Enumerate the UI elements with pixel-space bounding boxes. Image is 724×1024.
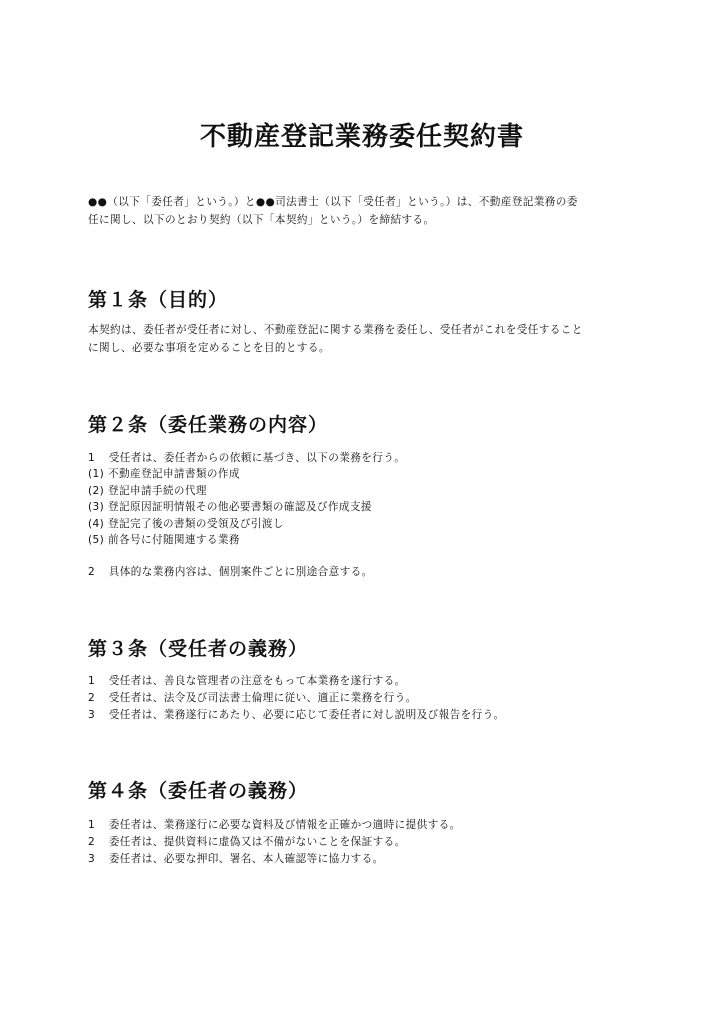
clause-text: 受任者は、委任者からの依頼に基づき、以下の業務を行う。	[109, 452, 405, 464]
clause-number: 3	[88, 707, 105, 724]
list-item: (5) 前各号に付随関連する業務	[88, 532, 643, 548]
clause: 1 受任者は、委任者からの依頼に基づき、以下の業務を行う。	[88, 450, 643, 466]
clause-text: 具体的な業務内容は、個別案件ごとに別途合意する。	[109, 566, 373, 578]
clause-text: 受任者は、法令及び司法書士倫理に従い、適正に業務を行う。	[109, 692, 417, 704]
clause: 2 委任者は、提供資料に虚偽又は不備がないことを保証する。	[88, 834, 643, 851]
clause-number: 2	[88, 834, 105, 851]
clause-text: 受任者は、善良な管理者の注意をもって本業務を遂行する。	[109, 675, 406, 687]
list-item: (3) 登記原因証明情報その他必要書類の確認及び作成支援	[88, 499, 643, 515]
article-3-body: 1 受任者は、善良な管理者の注意をもって本業務を遂行する。 2 受任者は、法令及…	[88, 673, 643, 724]
article-4-body: 1 委任者は、業務遂行に必要な資料及び情報を正確かつ適時に提供する。 2 委任者…	[88, 817, 643, 868]
article-1-heading: 第１条（目的）	[88, 285, 228, 312]
clause-text: 委任者は、提供資料に虚偽又は不備がないことを保証する。	[109, 836, 406, 848]
article-3-heading: 第３条（受任者の義務）	[88, 634, 308, 661]
clause-number: 2	[88, 690, 105, 707]
clause-text: 委任者は、必要な押印、署名、本人確認等に協力する。	[109, 853, 384, 865]
article-1-line: 本契約は、委任者が受任者に対し、不動産登記に関する業務を委任し、受任者がこれを受…	[88, 321, 643, 339]
clause: 3 委任者は、必要な押印、署名、本人確認等に協力する。	[88, 851, 643, 868]
clause: 2 受任者は、法令及び司法書士倫理に従い、適正に業務を行う。	[88, 690, 643, 707]
article-1-line: に関し、必要な事項を定めることを目的とする。	[88, 339, 643, 357]
preamble: ●●（以下「委任者」という。）と●●司法書士（以下「受任者」という。）は、不動産…	[88, 193, 643, 229]
clause: 2 具体的な業務内容は、個別案件ごとに別途合意する。	[88, 564, 643, 580]
clause: 3 受任者は、業務遂行にあたり、必要に応じて委任者に対し説明及び報告を行う。	[88, 707, 643, 724]
article-2-heading: 第２条（委任業務の内容）	[88, 410, 328, 437]
clause-text: 受任者は、業務遂行にあたり、必要に応じて委任者に対し説明及び報告を行う。	[109, 709, 505, 721]
clause-text: 委任者は、業務遂行に必要な資料及び情報を正確かつ適時に提供する。	[109, 819, 461, 831]
clause-number: 1	[88, 817, 105, 834]
preamble-line: ●●（以下「委任者」という。）と●●司法書士（以下「受任者」という。）は、不動産…	[88, 193, 643, 211]
list-item: (2) 登記申請手続の代理	[88, 483, 643, 499]
article-4-heading: 第４条（委任者の義務）	[88, 776, 308, 803]
article-2-body: 1 受任者は、委任者からの依頼に基づき、以下の業務を行う。 (1) 不動産登記申…	[88, 450, 643, 581]
clause-number: 2	[88, 564, 105, 580]
article-1-body: 本契約は、委任者が受任者に対し、不動産登記に関する業務を委任し、受任者がこれを受…	[88, 321, 643, 357]
list-item: (1) 不動産登記申請書類の作成	[88, 466, 643, 482]
list-item: (4) 登記完了後の書類の受領及び引渡し	[88, 516, 643, 532]
preamble-line: 任に関し、以下のとおり契約（以下「本契約」という。）を締結する。	[88, 211, 643, 229]
clause: 1 委任者は、業務遂行に必要な資料及び情報を正確かつ適時に提供する。	[88, 817, 643, 834]
clause-number: 1	[88, 450, 105, 466]
clause-number: 3	[88, 851, 105, 868]
clause: 1 受任者は、善良な管理者の注意をもって本業務を遂行する。	[88, 673, 643, 690]
clause-number: 1	[88, 673, 105, 690]
document-title: 不動産登記業務委任契約書	[0, 116, 724, 153]
